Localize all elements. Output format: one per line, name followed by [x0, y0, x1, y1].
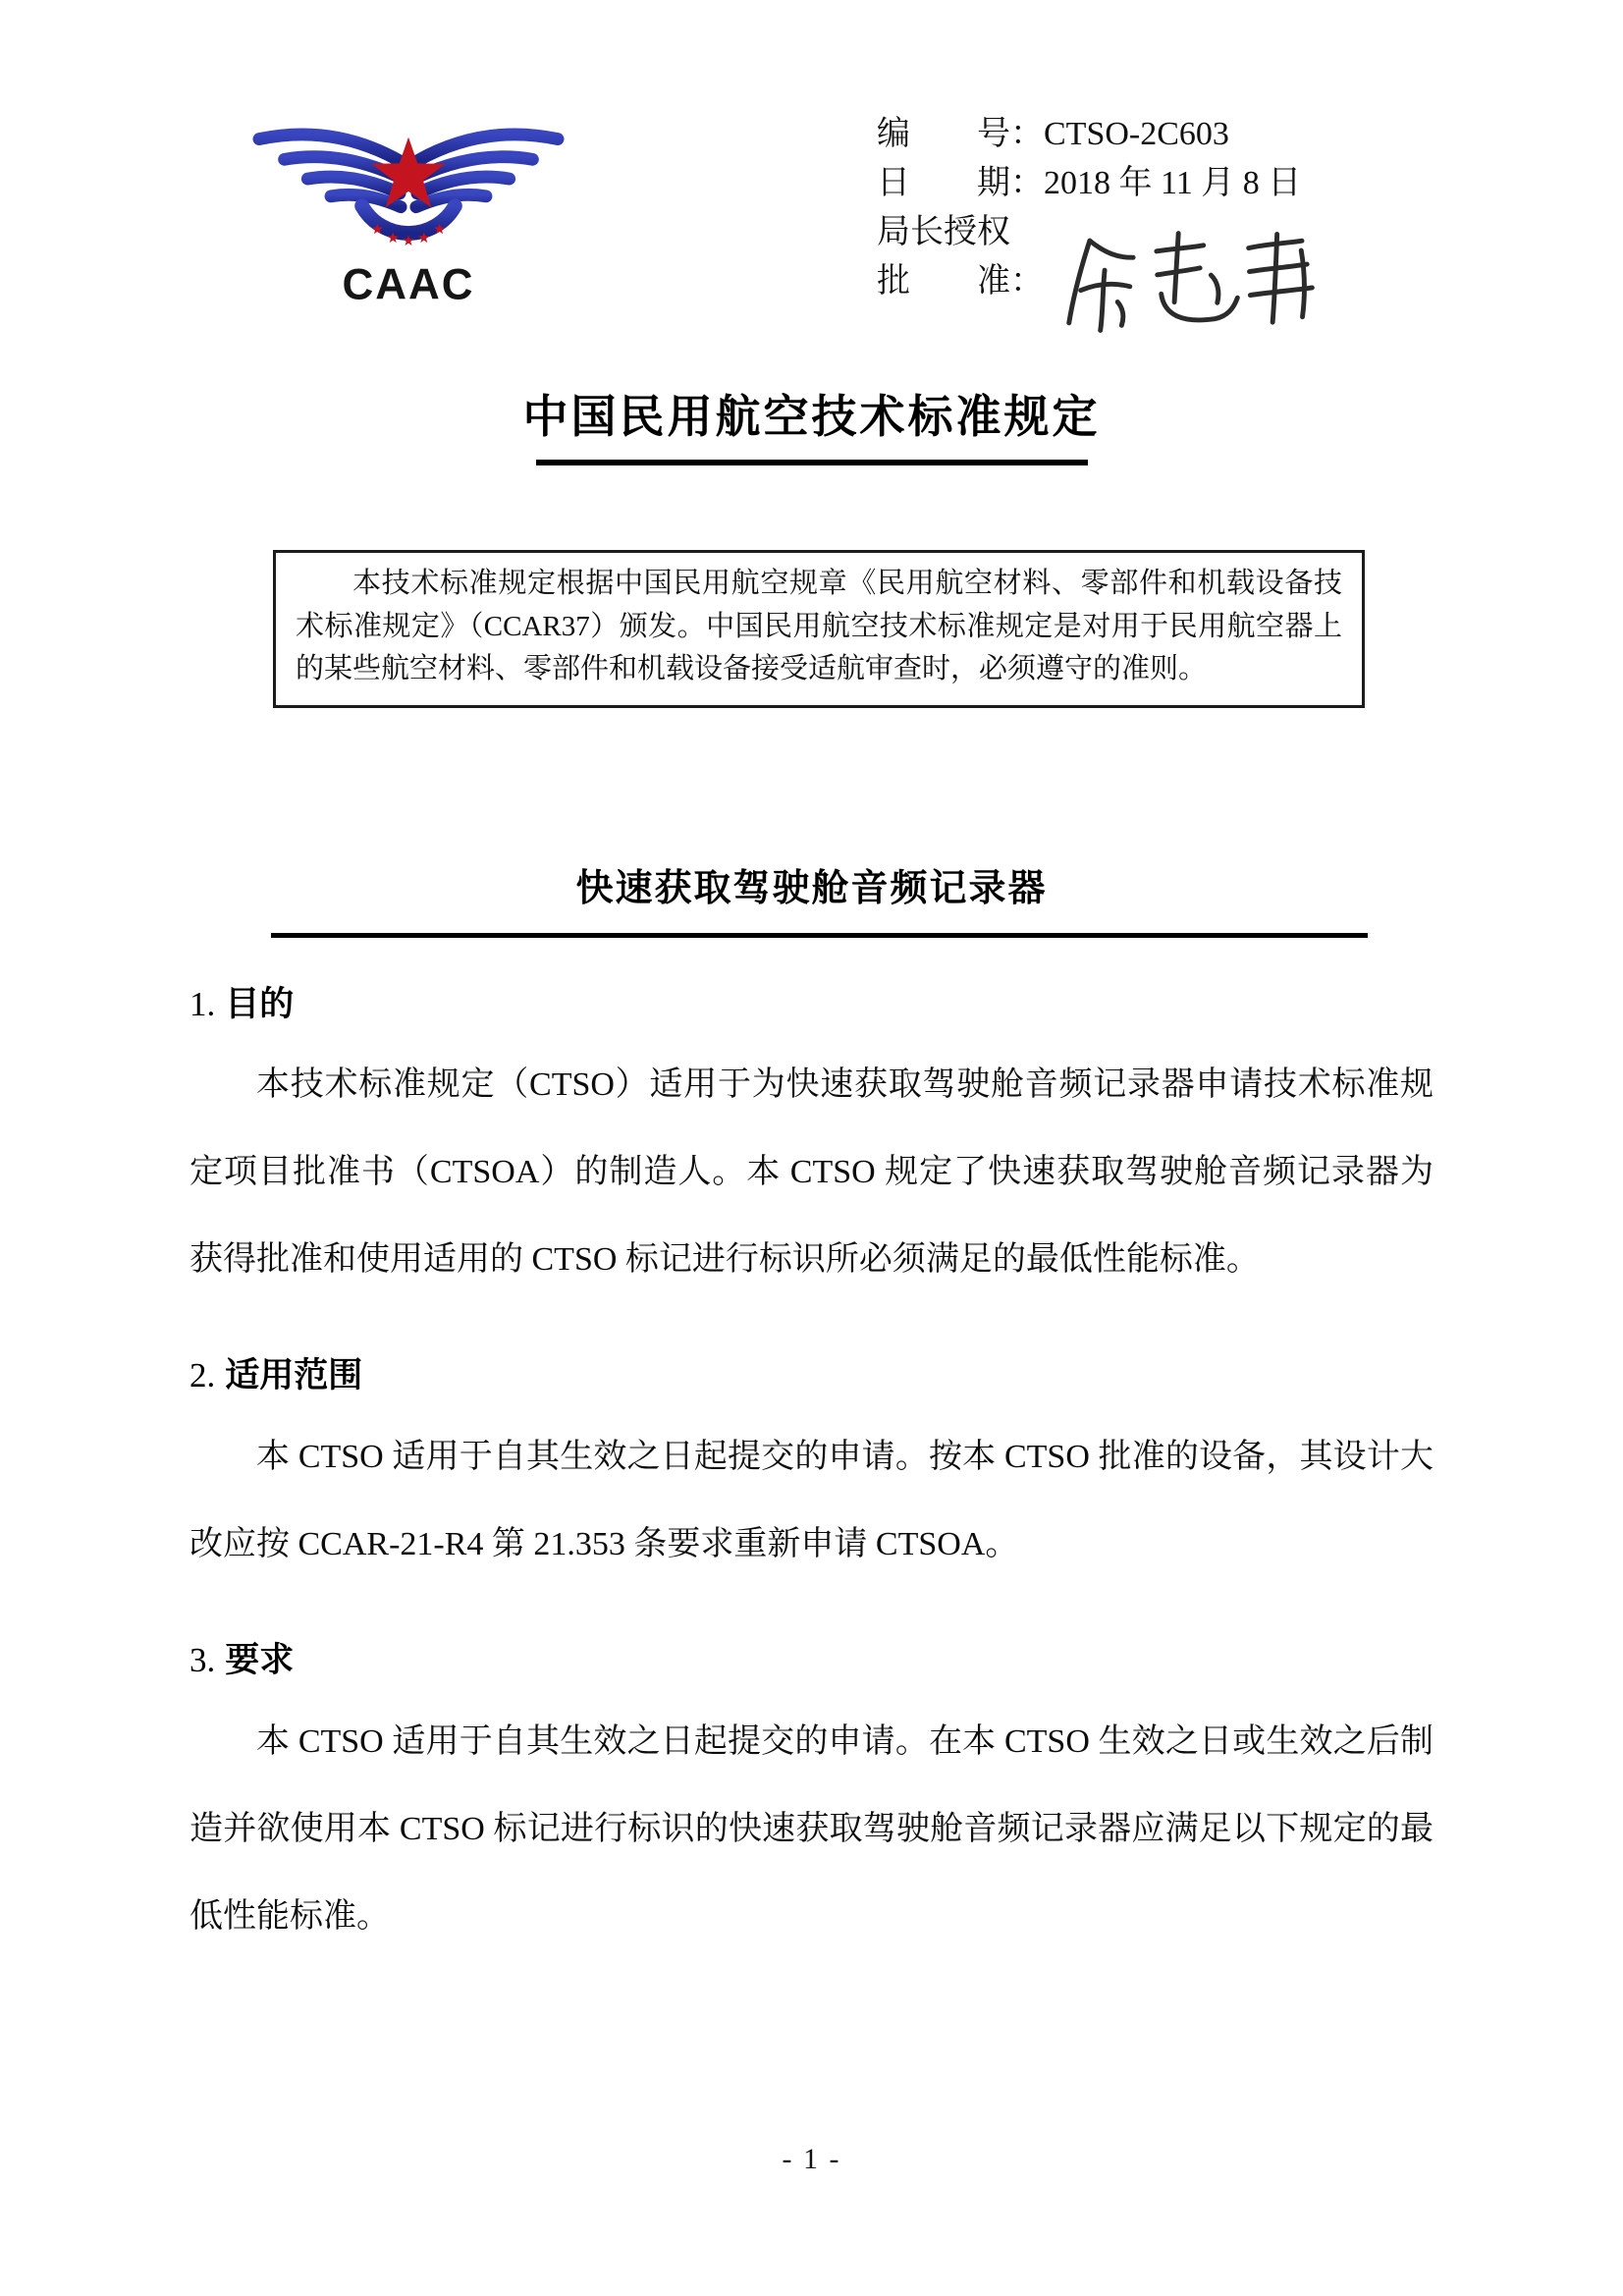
section-title: 适用范围: [225, 1356, 362, 1394]
caac-wings-icon: [243, 106, 573, 261]
section-title: 目的: [225, 985, 294, 1023]
doc-date-value: 2018 年 11 月 8 日: [1044, 165, 1301, 201]
section-purpose: 1.目的 本技术标准规定（CTSO）适用于为快速获取驾驶舱音频记录器申请技术标准…: [189, 983, 1434, 1304]
notice-box: 本技术标准规定根据中国民用航空规章《民用航空材料、零部件和机载设备技术标准规定》…: [273, 550, 1365, 708]
caac-logo-caption: CAAC: [243, 260, 573, 310]
title-underline: [536, 460, 1088, 465]
section-paragraph: 本 CTSO 适用于自其生效之日起提交的申请。在本 CTSO 生效之日或生效之后…: [189, 1698, 1434, 1960]
section-number: 1.: [189, 985, 215, 1023]
doc-number-row: 编 号：CTSO-2C603: [877, 110, 1446, 159]
caac-logo: CAAC: [243, 106, 573, 309]
section-paragraph: 本 CTSO 适用于自其生效之日起提交的申请。按本 CTSO 批准的设备，其设计…: [189, 1413, 1434, 1588]
document-body: 1.目的 本技术标准规定（CTSO）适用于为快速获取驾驶舱音频记录器申请技术标准…: [0, 938, 1623, 1961]
doc-number-label: 编 号：: [877, 110, 1044, 159]
document-page: CAAC 编 号：CTSO-2C603 日 期：2018 年 11 月 8 日 …: [0, 0, 1623, 2296]
section-number: 3.: [189, 1641, 215, 1679]
subject-title: 快速获取驾驶舱音频记录器: [0, 708, 1623, 911]
doc-date-row: 日 期：2018 年 11 月 8 日: [877, 159, 1446, 208]
page-number: - 1 -: [0, 2143, 1623, 2176]
section-heading: 3.要求: [189, 1639, 1434, 1682]
section-heading: 2.适用范围: [189, 1354, 1434, 1397]
section-number: 2.: [189, 1356, 215, 1394]
director-authorization-label: 局长授权: [877, 208, 1010, 257]
section-applicability: 2.适用范围 本 CTSO 适用于自其生效之日起提交的申请。按本 CTSO 批准…: [189, 1354, 1434, 1588]
section-title: 要求: [225, 1641, 294, 1679]
doc-date-label: 日 期：: [877, 159, 1044, 208]
doc-number-value: CTSO-2C603: [1044, 116, 1229, 152]
section-paragraph: 本技术标准规定（CTSO）适用于为快速获取驾驶舱音频记录器申请技术标准规定项目批…: [189, 1041, 1434, 1303]
section-requirements: 3.要求 本 CTSO 适用于自其生效之日起提交的申请。在本 CTSO 生效之日…: [189, 1639, 1434, 1960]
director-signature: [1050, 215, 1338, 343]
header-fields: 编 号：CTSO-2C603 日 期：2018 年 11 月 8 日 局长授权 …: [877, 110, 1446, 306]
document-header: CAAC 编 号：CTSO-2C603 日 期：2018 年 11 月 8 日 …: [0, 0, 1623, 334]
section-heading: 1.目的: [189, 983, 1434, 1026]
approval-label: 批 准：: [877, 257, 1044, 306]
